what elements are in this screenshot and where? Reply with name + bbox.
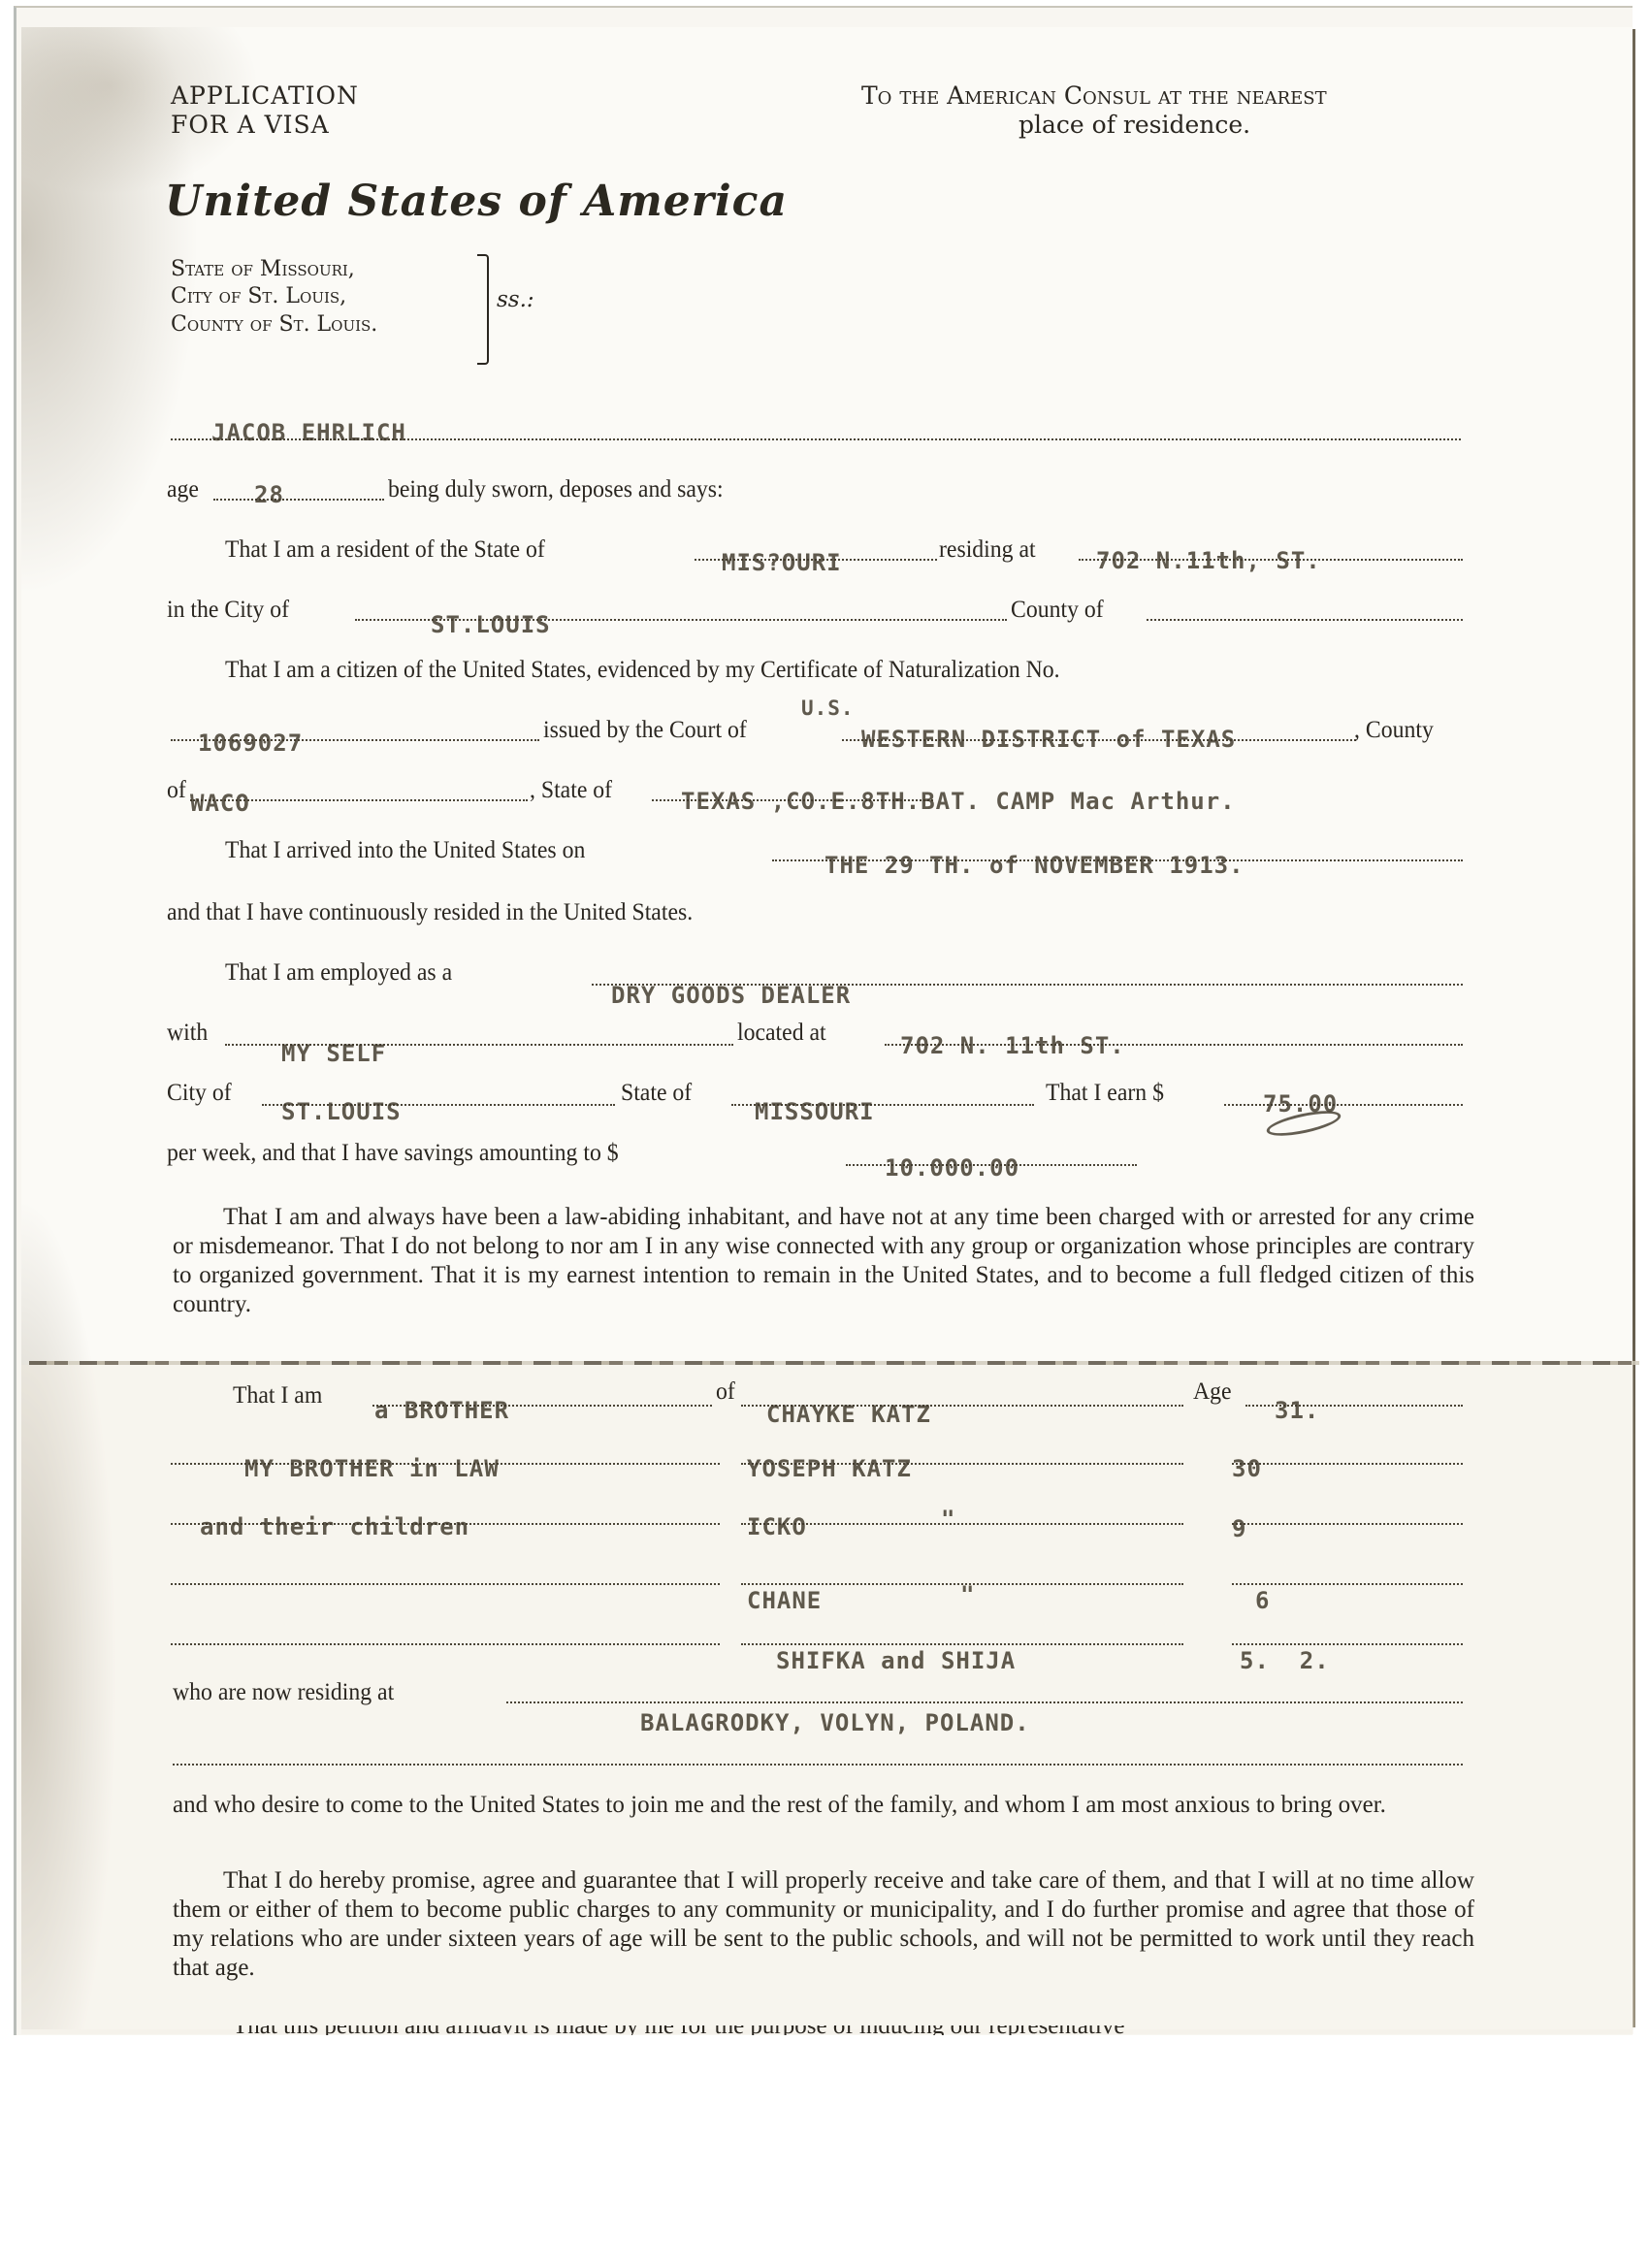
state-of-label: , State of xyxy=(530,776,612,805)
relations-residence-value[interactable]: BALAGRODKY, VOLYN, POLAND. xyxy=(640,1709,1030,1736)
cutoff-text: That this petition and affidavit is made… xyxy=(233,2025,1124,2035)
desire-paragraph: and who desire to come to the United Sta… xyxy=(173,1791,1474,1820)
earnings-dotline xyxy=(1224,1104,1463,1106)
of-label: of xyxy=(167,776,186,805)
residing-at-label: residing at xyxy=(939,535,1036,565)
located-label: located at xyxy=(737,1019,826,1048)
age-dotline-3 xyxy=(1232,1523,1463,1525)
residing-at-value[interactable]: 702 N.11th, ST. xyxy=(1096,547,1321,574)
age-label: age xyxy=(167,475,199,504)
relation-2-age[interactable]: 30 xyxy=(1232,1455,1262,1482)
form-title-line2: FOR A VISA xyxy=(171,111,330,140)
nation-title: United States of America xyxy=(165,177,788,226)
naturalization-state-value[interactable]: TEXAS ,CO.E.8TH.BAT. CAMP Mac Arthur. xyxy=(681,788,1236,815)
residence-dotline xyxy=(506,1701,1463,1703)
relations-age-label: Age xyxy=(1193,1377,1232,1407)
resident-label: That I am a resident of the State of xyxy=(225,535,545,565)
issued-by-label: issued by the Court of xyxy=(543,716,747,745)
emp-city-label: City of xyxy=(167,1079,232,1108)
naturalization-county-value[interactable]: WACO xyxy=(190,790,250,817)
venue-city: City of St. Louis, xyxy=(171,283,346,309)
fold-crease xyxy=(29,1361,1639,1365)
county-suffix-label: , County xyxy=(1354,716,1434,745)
county-label: County of xyxy=(1011,596,1104,625)
name-dotline-3 xyxy=(741,1523,1183,1525)
relation-3-relationship[interactable]: and their children xyxy=(200,1513,469,1540)
relations-intro-label: That I am xyxy=(233,1381,322,1410)
relation-4-age[interactable]: 6 xyxy=(1255,1587,1270,1614)
relation-3-age[interactable]: 9 xyxy=(1232,1515,1246,1542)
relations-residing-label: who are now residing at xyxy=(173,1678,394,1707)
age-value[interactable]: 28 xyxy=(254,481,284,508)
employer-value[interactable]: MY SELF xyxy=(281,1040,386,1067)
relation-2-name[interactable]: YOSEPH KATZ xyxy=(747,1455,912,1482)
business-address-value[interactable]: 702 N. 11th ST. xyxy=(900,1032,1125,1059)
court-value[interactable]: WESTERN DISTRICT of TEXAS xyxy=(861,726,1236,753)
relation-1-name[interactable]: CHAYKE KATZ xyxy=(766,1401,931,1428)
resided-text: and that I have continuously resided in … xyxy=(167,898,693,927)
relation-1-relationship[interactable]: a BROTHER xyxy=(374,1397,509,1424)
age-dotline-5 xyxy=(1232,1643,1463,1645)
relation-4-name[interactable]: CHANE xyxy=(747,1587,822,1614)
savings-label: per week, and that I have savings amount… xyxy=(167,1139,619,1168)
relation-5-name[interactable]: SHIFKA and SHIJA xyxy=(776,1647,1016,1674)
residence-dotline-2 xyxy=(173,1764,1463,1766)
form-title-line1: APPLICATION xyxy=(171,81,359,111)
court-annotation: U.S. xyxy=(801,697,855,720)
city-value[interactable]: ST.LOUIS xyxy=(431,611,551,638)
desire-text: and who desire to come to the United Sta… xyxy=(173,1792,1386,1818)
venue-state: State of Missouri, xyxy=(171,256,355,282)
relation-2-relationship[interactable]: MY BROTHER in LAW xyxy=(244,1455,500,1482)
age-dotline-4 xyxy=(1232,1583,1463,1585)
applicant-name-value[interactable]: JACOB EHRLICH xyxy=(211,419,406,446)
employed-label: That I am employed as a xyxy=(225,958,452,988)
county-dotline[interactable] xyxy=(1147,619,1463,621)
relation-3-name[interactable]: ICKO xyxy=(747,1513,807,1540)
age-dotline-2 xyxy=(1232,1463,1463,1465)
arrival-date-value[interactable]: THE 29 TH. of NOVEMBER 1913. xyxy=(824,852,1245,879)
relation-dotline-4 xyxy=(171,1583,720,1585)
scan-bottom-blank-area xyxy=(0,2035,1649,2268)
relation-dotline-5 xyxy=(171,1643,720,1645)
name-dotline-5 xyxy=(741,1643,1183,1645)
relation-1-age[interactable]: 31. xyxy=(1275,1397,1319,1424)
resident-state-value[interactable]: MIS?OURI xyxy=(722,549,842,576)
sworn-text: being duly sworn, deposes and says: xyxy=(388,475,724,504)
addressee-text: To the American Consul at the nearest xyxy=(861,81,1327,110)
arrived-label: That I arrived into the United States on xyxy=(225,836,585,865)
relation-4-ditto: " xyxy=(960,1581,975,1608)
venue-county: County of St. Louis. xyxy=(171,311,377,338)
law-abiding-text: That I am and always have been a law-abi… xyxy=(173,1204,1474,1317)
earn-label: That I earn $ xyxy=(1046,1079,1164,1108)
guarantee-text: That I do hereby promise, agree and guar… xyxy=(173,1867,1474,1981)
venue-ss: ss.: xyxy=(497,287,534,312)
addressee-line2: place of residence. xyxy=(1018,111,1250,140)
emp-state-label: State of xyxy=(621,1079,692,1108)
certificate-no-value[interactable]: 1069027 xyxy=(198,729,303,757)
occupation-value[interactable]: DRY GOODS DEALER xyxy=(611,982,851,1009)
law-abiding-paragraph: That I am and always have been a law-abi… xyxy=(173,1203,1474,1319)
guarantee-paragraph: That I do hereby promise, agree and guar… xyxy=(173,1866,1474,1983)
age-dotline xyxy=(213,499,384,501)
relation-3-ditto: " xyxy=(941,1506,955,1533)
emp-city-value[interactable]: ST.LOUIS xyxy=(281,1098,402,1125)
relation-5-age[interactable]: 5. 2. xyxy=(1240,1647,1330,1674)
addressee-line1: To the American Consul at the nearest xyxy=(861,81,1327,111)
emp-state-value[interactable]: MISSOURI xyxy=(755,1098,875,1125)
with-label: with xyxy=(167,1019,208,1048)
savings-value[interactable]: 10.000.00 xyxy=(885,1154,1019,1182)
citizen-text: That I am a citizen of the United States… xyxy=(225,656,1060,685)
city-label: in the City of xyxy=(167,596,289,625)
cutoff-paragraph-line: That this petition and affidavit is made… xyxy=(233,2025,1474,2035)
venue-brace xyxy=(477,254,489,365)
relations-of-label: of xyxy=(716,1377,735,1407)
